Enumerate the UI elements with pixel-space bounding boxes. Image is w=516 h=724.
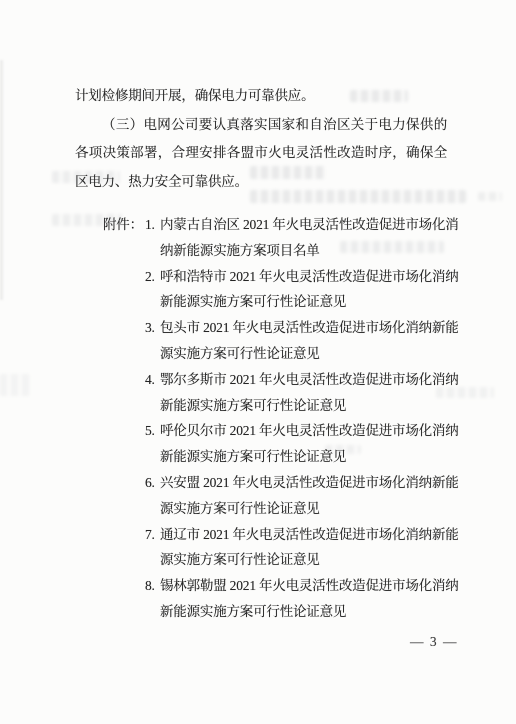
attachment-item: 8. 锡林郭勒盟 2021 年火电灵活性改造促进市场化消纳新能源实施方案可行性论… [145,573,465,625]
attachment-item-text: 内蒙古自治区 2021 年火电灵活性改造促进市场化消纳新能源实施方案项目名单 [160,212,465,264]
attachment-item: 3. 包头市 2021 年火电灵活性改造促进市场化消纳新能源实施方案可行性论证意… [145,315,465,367]
attachment-item-text: 通辽市 2021 年火电灵活性改造促进市场化消纳新能源实施方案可行性论证意见 [160,522,465,574]
attachment-item: 6. 兴安盟 2021 年火电灵活性改造促进市场化消纳新能源实施方案可行性论证意… [145,470,465,522]
attachment-item-number: 8. [145,573,160,625]
scanned-document-page: 计划检修期间开展，确保电力可靠供应。 （三）电网公司要认真落实国家和自治区关于电… [0,0,516,724]
scan-edge-shadow [0,60,3,300]
attachment-item-text: 呼和浩特市 2021 年火电灵活性改造促进市场化消纳新能源实施方案可行性论证意见 [160,264,465,316]
attachment-item-text: 呼伦贝尔市 2021 年火电灵活性改造促进市场化消纳新能源实施方案可行性论证意见 [160,418,465,470]
attachment-item-text: 兴安盟 2021 年火电灵活性改造促进市场化消纳新能源实施方案可行性论证意见 [160,470,465,522]
page-number: — 3 — [410,634,458,650]
attachment-item-number: 4. [145,367,160,419]
paragraph-section-three: （三）电网公司要认真落实国家和自治区关于电力保供的各项决策部署，合理安排各盟市火… [75,111,447,197]
attachments-block: 附件： 1. 内蒙古自治区 2021 年火电灵活性改造促进市场化消纳新能源实施方… [103,212,465,625]
attachment-item-number: 3. [145,315,160,367]
attachment-item: 5. 呼伦贝尔市 2021 年火电灵活性改造促进市场化消纳新能源实施方案可行性论… [145,418,465,470]
attachment-item: 1. 内蒙古自治区 2021 年火电灵活性改造促进市场化消纳新能源实施方案项目名… [145,212,465,264]
attachment-item-number: 6. [145,470,160,522]
paragraph-continuation: 计划检修期间开展，确保电力可靠供应。 [75,82,447,111]
attachment-item-number: 5. [145,418,160,470]
attachment-item-number: 2. [145,264,160,316]
attachment-item-number: 7. [145,522,160,574]
attachment-item-text: 包头市 2021 年火电灵活性改造促进市场化消纳新能源实施方案可行性论证意见 [160,315,465,367]
bleed-through-mark [0,374,30,396]
attachment-item-text: 锡林郭勒盟 2021 年火电灵活性改造促进市场化消纳新能源实施方案可行性论证意见 [160,573,465,625]
body-text-block: 计划检修期间开展，确保电力可靠供应。 （三）电网公司要认真落实国家和自治区关于电… [75,82,447,197]
attachment-item-number: 1. [145,212,160,264]
attachments-list: 1. 内蒙古自治区 2021 年火电灵活性改造促进市场化消纳新能源实施方案项目名… [145,212,465,625]
attachment-item: 4. 鄂尔多斯市 2021 年火电灵活性改造促进市场化消纳新能源实施方案可行性论… [145,367,465,419]
attachment-item: 7. 通辽市 2021 年火电灵活性改造促进市场化消纳新能源实施方案可行性论证意… [145,522,465,574]
attachment-item-text: 鄂尔多斯市 2021 年火电灵活性改造促进市场化消纳新能源实施方案可行性论证意见 [160,367,465,419]
attachment-item: 2. 呼和浩特市 2021 年火电灵活性改造促进市场化消纳新能源实施方案可行性论… [145,264,465,316]
attachments-label: 附件： [103,212,143,238]
bleed-through-mark [478,192,502,201]
